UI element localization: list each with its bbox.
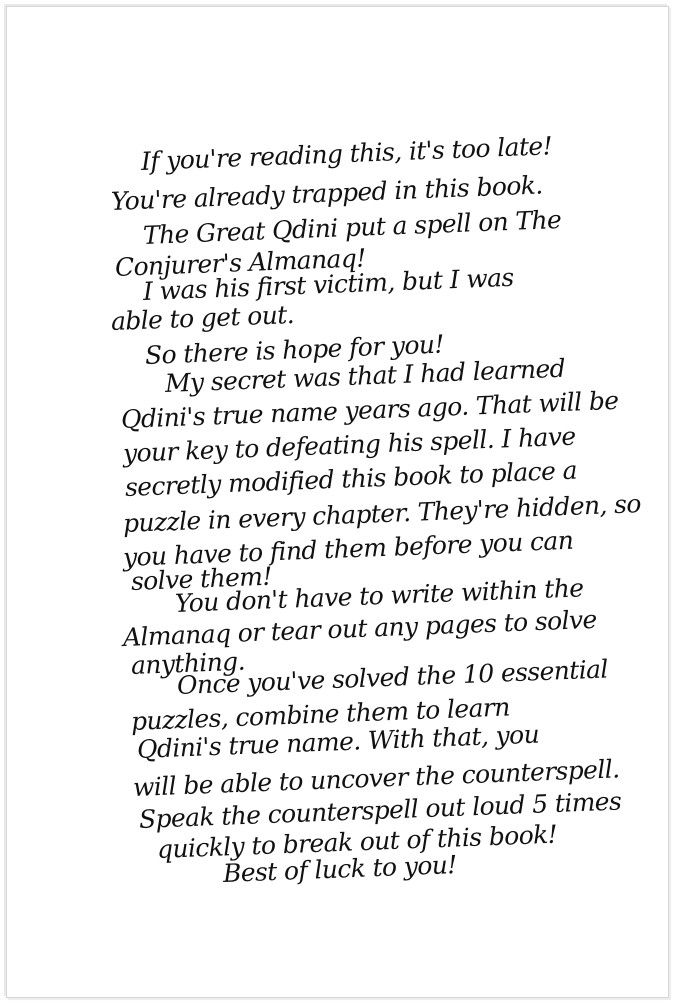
handwritten-letter: If you're reading this, it's too late! Y… [7, 7, 668, 997]
paper-page: If you're reading this, it's too late! Y… [6, 6, 669, 998]
letter-line: able to get out. [110, 300, 294, 336]
letter-line: If you're reading this, it's too late! [140, 131, 552, 176]
